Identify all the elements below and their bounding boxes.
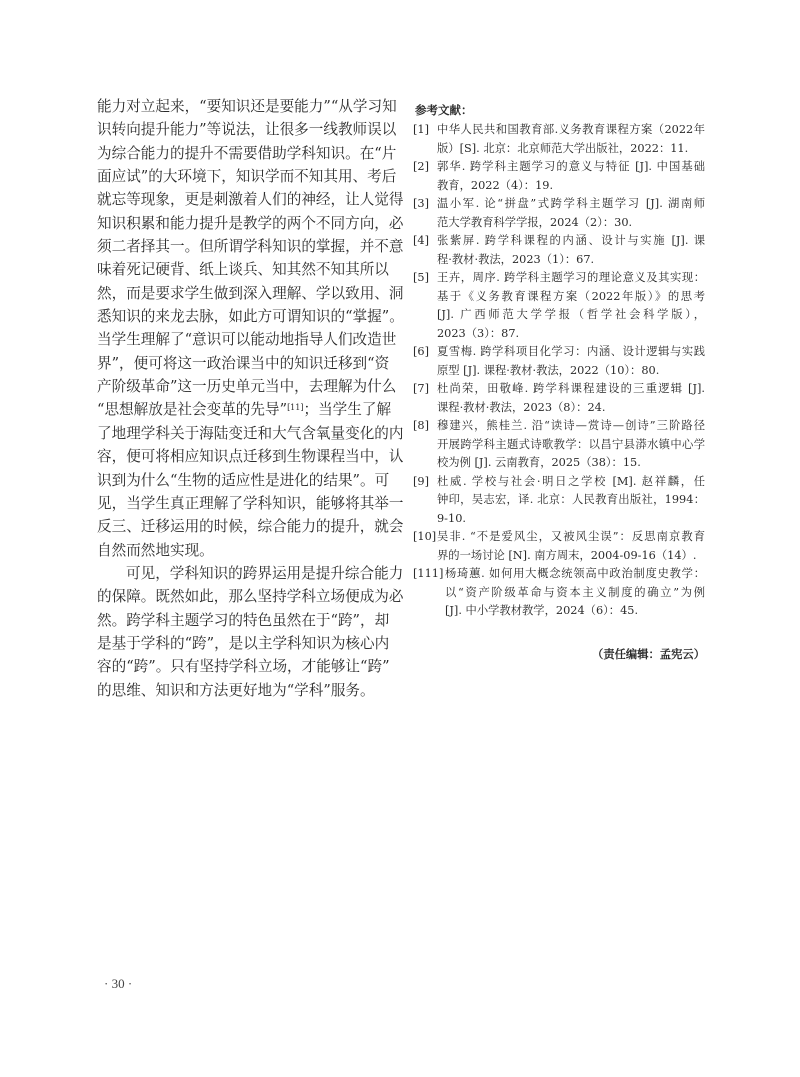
reference-line: 钟印，吴志宏，译. 北京：人民教育出版社，1994： [437, 491, 705, 510]
reference-item: [2] 郭华. 跨学科主题学习的意义与特征 [J]. 中国基础 教育，2022（… [415, 158, 705, 195]
citation-marker: [11] [287, 403, 303, 412]
text-line: 识转向提升能力”等说法，让很多一线教师误以 [97, 118, 387, 141]
reference-line: [J]. 广西师范大学学报（哲学社会科学版）， [437, 306, 705, 325]
reference-number: [2] [413, 158, 429, 177]
reference-line: 校为例 [J]. 云南教育，2025（38）：15. [437, 454, 705, 473]
body-text-column: 能力对立起来，“要知识还是要能力”“从学习知 识转向提升能力”等说法，让很多一线… [97, 95, 387, 702]
reference-line: 郭华. 跨学科主题学习的意义与特征 [J]. 中国基础 [437, 158, 705, 177]
reference-item: [8] 穆建兴，熊桂兰. 沿“读诗—赏诗—创诗”三阶路径 开展跨学科主题式诗歌教… [415, 417, 705, 473]
reference-line: 温小军. 论“拼盘”式跨学科主题学习 [J]. 湖南师 [437, 195, 705, 214]
reference-line: 9-10. [437, 510, 705, 529]
reference-line: 杜威. 学校与社会·明日之学校 [M]. 赵祥麟，任 [437, 473, 705, 492]
reference-line: [J]. 中小学教材教学，2024（6）：45. [445, 602, 705, 621]
reference-number: [6] [413, 343, 429, 362]
reference-line: 杜尚荣，田敬峰. 跨学科课程建设的三重逻辑 [J]. [437, 380, 705, 399]
paragraph-1: 能力对立起来，“要知识还是要能力”“从学习知 识转向提升能力”等说法，让很多一线… [97, 95, 387, 562]
reference-number: [5] [413, 269, 429, 288]
reference-number: [9] [413, 473, 429, 492]
text-line: 面应试”的大环境下，知识学而不知其用、考后 [97, 165, 387, 188]
reference-number: [7] [413, 380, 429, 399]
reference-line: 吴非. “不是爱风尘，又被风尘误”：反思南京教育 [437, 528, 705, 547]
reference-number: [3] [413, 195, 429, 214]
reference-number: [111] [413, 565, 443, 584]
reference-item: [6] 夏雪梅. 跨学科项目化学习：内涵、设计逻辑与实践 原型 [J]. 课程·… [415, 343, 705, 380]
text-line: 是基于学科的“跨”，是以主学科知识为核心内 [97, 632, 387, 655]
text-line: 知识积累和能力提升是教学的两个不同方向，必 [97, 212, 387, 235]
reference-number: [4] [413, 232, 429, 251]
reference-item: [3] 温小军. 论“拼盘”式跨学科主题学习 [J]. 湖南师 范大学教育科学学… [415, 195, 705, 232]
reference-line: 中华人民共和国教育部.义务教育课程方案（2022年 [437, 121, 705, 140]
text-line: 然，而是要求学生做到深入理解、学以致用、洞 [97, 282, 387, 305]
text-line: 就忘等现象，更是刺激着人们的神经，让人觉得 [97, 188, 387, 211]
text-line-with-citation: “思想解放是社会变革的先导”[11]；当学生了解 [97, 398, 387, 421]
reference-item: [10] 吴非. “不是爱风尘，又被风尘误”：反思南京教育 界的一场讨论 [N]… [415, 528, 705, 565]
reference-line: 以“资产阶级革命与资本主义制度的确立”为例 [445, 584, 705, 603]
reference-number: [1] [413, 121, 429, 140]
text-line: 为综合能力的提升不需要借助学科知识。在“片 [97, 142, 387, 165]
reference-item: [4] 张紫屏. 跨学科课程的内涵、设计与实施 [J]. 课 程·教材·教法，2… [415, 232, 705, 269]
text-line: 须二者择其一。但所谓学科知识的掌握，并不意 [97, 235, 387, 258]
page-number: · 30 · [104, 976, 132, 992]
reference-line: 杨琦蕙. 如何用大概念统领高中政治制度史教学： [445, 565, 705, 584]
reference-item: [7] 杜尚荣，田敬峰. 跨学科课程建设的三重逻辑 [J]. 课程·教材·教法，… [415, 380, 705, 417]
text-line: 可见，学科知识的跨界运用是提升综合能力 [97, 562, 387, 585]
reference-number: [8] [413, 417, 429, 436]
reference-line: 开展跨学科主题式诗歌教学：以昌宁县漭水镇中心学 [437, 436, 705, 455]
text-line: 产阶级革命”这一历史单元当中，去理解为什么 [97, 375, 387, 398]
text-line: 识到为什么“生物的适应性是进化的结果”。可 [97, 469, 387, 492]
references-heading: 参考文献： [415, 101, 705, 121]
reference-item: [9] 杜威. 学校与社会·明日之学校 [M]. 赵祥麟，任 钟印，吴志宏，译.… [415, 473, 705, 529]
reference-item: [1] 中华人民共和国教育部.义务教育课程方案（2022年 版）[S]. 北京：… [415, 121, 705, 158]
reference-item: [5] 王卉，周序. 跨学科主题学习的理论意义及其实现： 基于《义务教育课程方案… [415, 269, 705, 343]
reference-line: 界的一场讨论 [N]. 南方周末，2004-09-16（14）. [437, 547, 705, 566]
text-line: 的保障。既然如此，那么坚持学科立场便成为必 [97, 585, 387, 608]
text-line: 然。跨学科主题学习的特色虽然在于“跨”，却 [97, 609, 387, 632]
references-column: 参考文献： [1] 中华人民共和国教育部.义务教育课程方案（2022年 版）[S… [415, 101, 705, 621]
responsible-editor-note: （责任编辑：孟宪云） [415, 646, 705, 662]
reference-number: [10] [413, 528, 436, 547]
text-line: 界”，便可将这一政治课当中的知识迁移到“资 [97, 352, 387, 375]
reference-line: 范大学教育科学学报，2024（2）：30. [437, 214, 705, 233]
reference-line: 王卉，周序. 跨学科主题学习的理论意义及其实现： [437, 269, 705, 288]
text-line: 味着死记硬背、纸上谈兵、知其然不知其所以 [97, 258, 387, 281]
quote-text: “思想解放是社会变革的先导” [97, 401, 287, 418]
text-line: 自然而然地实现。 [97, 539, 387, 562]
reference-line: 张紫屏. 跨学科课程的内涵、设计与实施 [J]. 课 [437, 232, 705, 251]
text-line: 当学生理解了“意识可以能动地指导人们改造世 [97, 328, 387, 351]
reference-line: 夏雪梅. 跨学科项目化学习：内涵、设计逻辑与实践 [437, 343, 705, 362]
text-line: 的思维、知识和方法更好地为“学科”服务。 [97, 679, 387, 702]
reference-line: 程·教材·教法，2023（1）：67. [437, 251, 705, 270]
reference-line: 基于《义务教育课程方案（2022年版）》的思考 [437, 288, 705, 307]
text-line: 容的“跨”。只有坚持学科立场，才能够让“跨” [97, 655, 387, 678]
text-line: 容，便可将相应知识点迁移到生物课程当中，认 [97, 445, 387, 468]
reference-line: 教育，2022（4）：19. [437, 177, 705, 196]
text-line: 见，当学生真正理解了学科知识，能够将其举一 [97, 492, 387, 515]
reference-line: 课程·教材·教法，2023（8）：24. [437, 399, 705, 418]
reference-line: 原型 [J]. 课程·教材·教法，2022（10）：80. [437, 362, 705, 381]
reference-line: 版）[S]. 北京：北京师范大学出版社，2022：11. [437, 140, 705, 159]
reference-line: 2023（3）：87. [437, 325, 705, 344]
paragraph-2: 可见，学科知识的跨界运用是提升综合能力 的保障。既然如此，那么坚持学科立场便成为… [97, 562, 387, 702]
reference-item: [111] 杨琦蕙. 如何用大概念统领高中政治制度史教学： 以“资产阶级革命与资… [415, 565, 705, 621]
text-line: 了地理学科关于海陆变迁和大气含氧量变化的内 [97, 422, 387, 445]
text-after-citation: ；当学生了解 [303, 401, 391, 418]
reference-line: 穆建兴，熊桂兰. 沿“读诗—赏诗—创诗”三阶路径 [437, 417, 705, 436]
text-line: 反三、迁移运用的时候，综合能力的提升，就会 [97, 515, 387, 538]
text-line: 能力对立起来，“要知识还是要能力”“从学习知 [97, 95, 387, 118]
text-line: 悉知识的来龙去脉，如此方可谓知识的“掌握”。 [97, 305, 387, 328]
